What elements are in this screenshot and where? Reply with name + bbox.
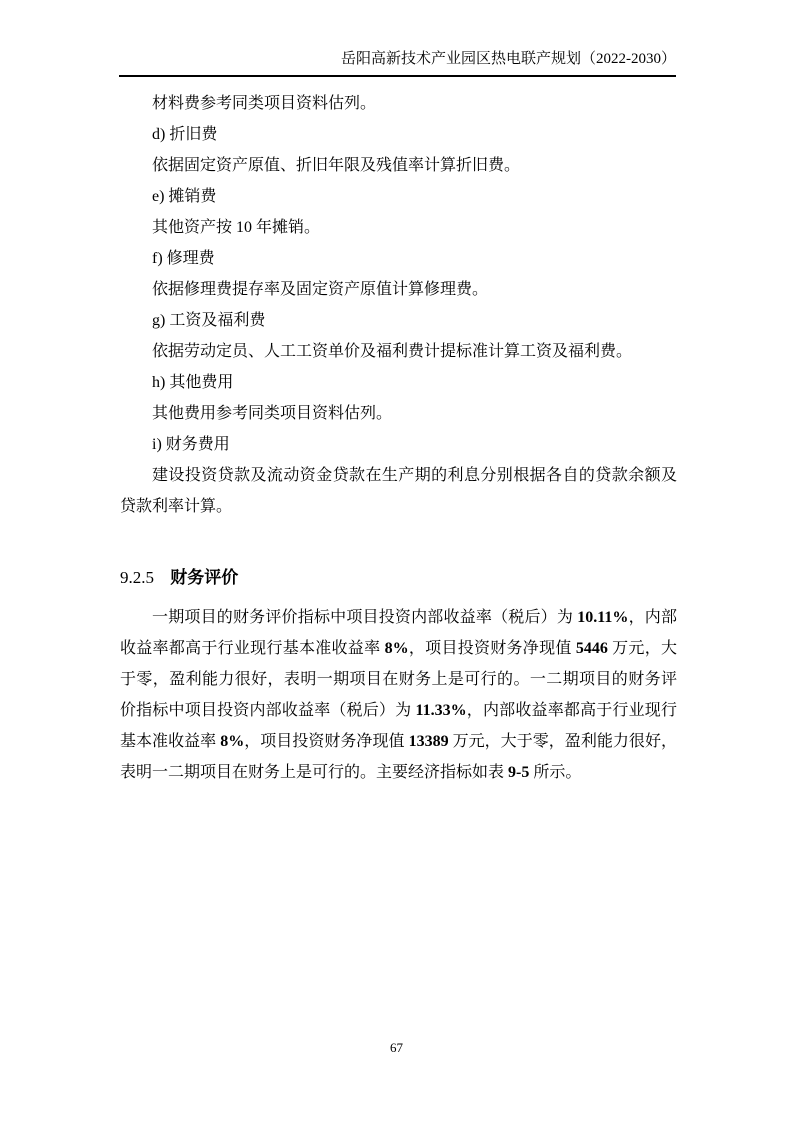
- document-body: 材料费参考同类项目资料估列。 d) 折旧费 依据固定资产原值、折旧年限及残值率计…: [120, 88, 677, 788]
- page-number: 67: [390, 1040, 403, 1055]
- body-line: d) 折旧费: [120, 119, 677, 150]
- body-line: 其他费用参考同类项目资料估列。: [120, 398, 677, 429]
- text-segment: ，项目投资财务净现值: [409, 640, 576, 657]
- body-line: g) 工资及福利费: [120, 305, 677, 336]
- body-line: e) 摊销费: [120, 181, 677, 212]
- page-footer: 67: [0, 1038, 793, 1058]
- text-segment-bold: 5446: [576, 640, 608, 657]
- body-line: h) 其他费用: [120, 367, 677, 398]
- page-header: 岳阳高新技术产业园区热电联产规划（2022-2030）: [119, 48, 676, 77]
- section-title: 财务评价: [170, 568, 238, 587]
- text-segment-bold: 10.11%: [577, 609, 628, 626]
- text-segment: ，项目投资财务净现值: [244, 733, 408, 750]
- financial-paragraph: 一期项目的财务评价指标中项目投资内部收益率（税后）为 10.11%，内部收益率都…: [120, 602, 677, 788]
- section-heading: 9.2.5 财务评价: [120, 562, 677, 593]
- text-segment: 一期项目的财务评价指标中项目投资内部收益率（税后）为: [152, 609, 577, 626]
- header-title: 岳阳高新技术产业园区热电联产规划（2022-2030）: [341, 51, 676, 67]
- body-line: 依据固定资产原值、折旧年限及残值率计算折旧费。: [120, 150, 677, 181]
- body-line: 材料费参考同类项目资料估列。: [120, 88, 677, 119]
- text-segment-bold: 9-5: [508, 764, 529, 781]
- body-line: 依据劳动定员、人工工资单价及福利费计提标准计算工资及福利费。: [120, 336, 677, 367]
- body-line: 建设投资贷款及流动资金贷款在生产期的利息分别根据各自的贷款余额及贷款利率计算。: [120, 460, 677, 522]
- text-segment-bold: 11.33%: [415, 702, 466, 719]
- text-segment-bold: 8%: [385, 640, 409, 657]
- body-line: f) 修理费: [120, 243, 677, 274]
- text-segment-bold: 8%: [220, 733, 244, 750]
- text-segment-bold: 13389: [409, 733, 449, 750]
- body-line: i) 财务费用: [120, 429, 677, 460]
- text-segment: 所示。: [529, 764, 581, 781]
- body-line: 其他资产按 10 年摊销。: [120, 212, 677, 243]
- body-line: 依据修理费提存率及固定资产原值计算修理费。: [120, 274, 677, 305]
- section-number: 9.2.5: [120, 568, 154, 587]
- document-page: 岳阳高新技术产业园区热电联产规划（2022-2030） 材料费参考同类项目资料估…: [0, 0, 793, 1122]
